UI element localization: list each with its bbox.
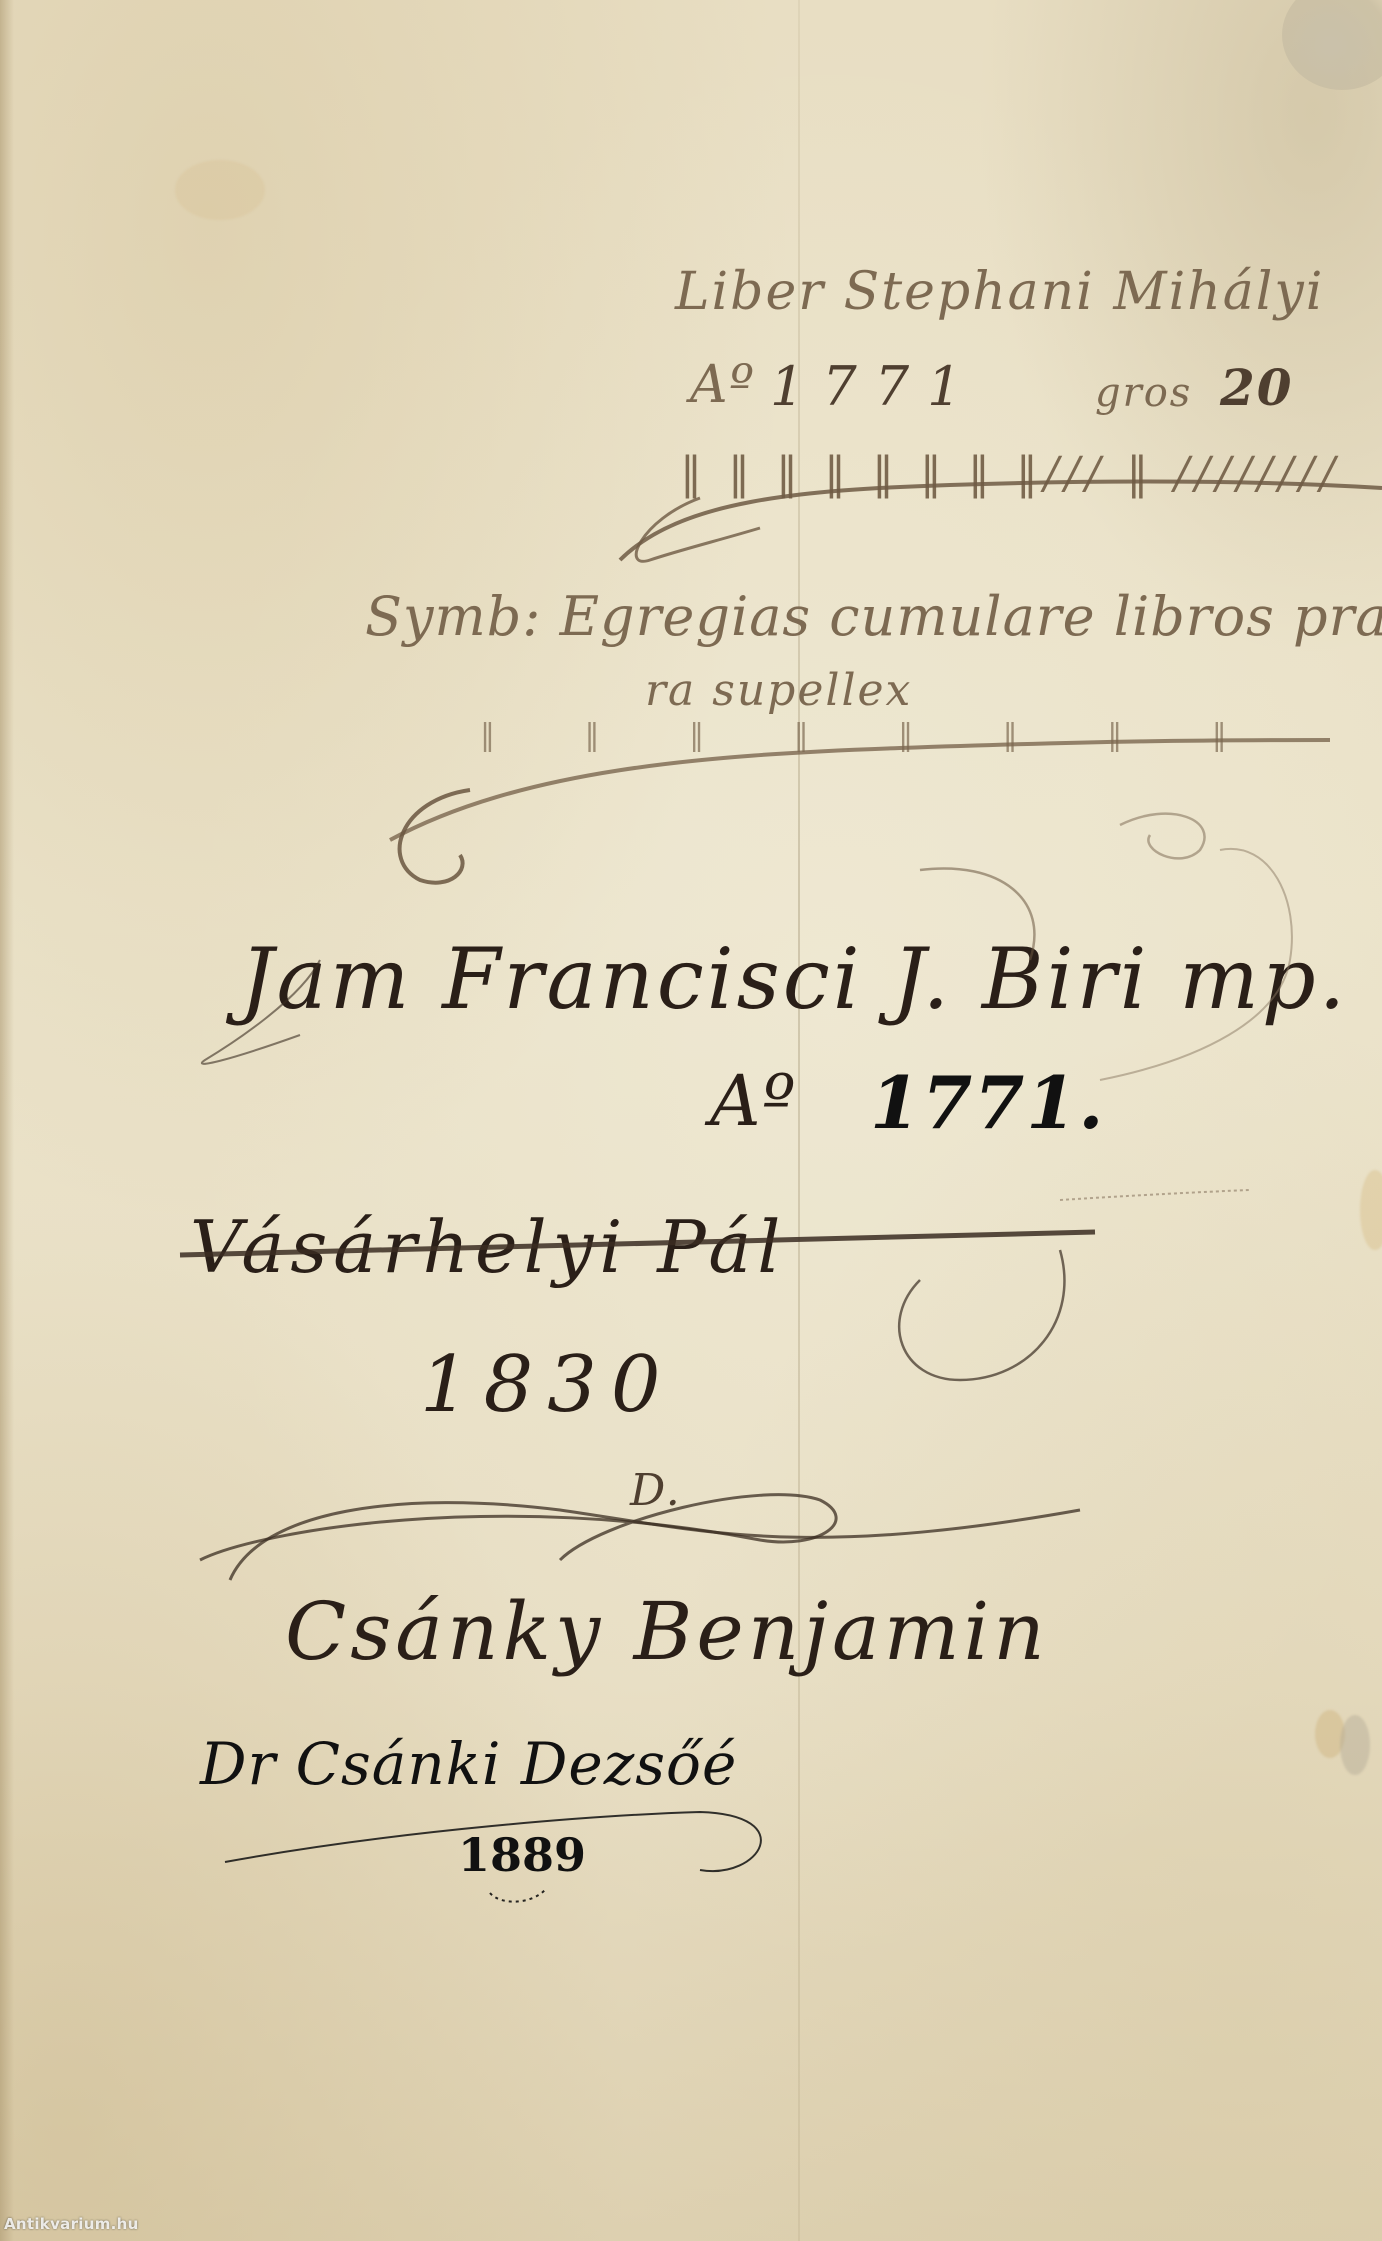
inscription-year-1771: 1771 — [770, 355, 979, 418]
inscription-year-1771-second: 1771. — [870, 1060, 1105, 1145]
tally-marks-row-1: ‖ ‖ ‖ ‖ ‖ ‖ ‖ ‖/// ‖ //////// — [680, 448, 1341, 499]
inscription-symbolum-line-2: ra supellex — [645, 665, 912, 716]
foxing-spot — [175, 160, 265, 220]
inscription-struck-name: Vásárhelyi Pál — [190, 1205, 786, 1289]
inscription-jam-francisci: Jam Francisci J. Biri mp. — [240, 930, 1348, 1028]
inscription-anno-prefix-2: Aº — [710, 1060, 797, 1142]
inscription-csanki-dezso: Dr Csánki Dezsőé — [200, 1730, 737, 1798]
watermark-antikvarium: Antikvarium.hu — [4, 2215, 139, 2233]
inscription-liber-stephani: Liber Stephani Mihályi — [675, 262, 1324, 322]
foxing-spot — [1360, 1170, 1382, 1250]
inscription-price: 20 — [1220, 358, 1294, 417]
inscription-price-label: gros — [1095, 370, 1192, 416]
inscription-symbolum-line-1: Symb: Egregias cumulare libros praecla- — [365, 585, 1382, 648]
paper-left-edge — [0, 0, 14, 2241]
corner-damage — [1282, 0, 1382, 90]
inscription-csanky-benjamin: Csánky Benjamin — [285, 1585, 1049, 1678]
inscription-year-1830: 1830 — [420, 1340, 675, 1430]
paper-tear — [1340, 1715, 1370, 1775]
tally-marks-row-2: ‖ ‖ ‖ ‖ ‖ ‖ ‖ ‖ — [480, 718, 1267, 753]
pen-flourishes — [0, 0, 1382, 2241]
inscription-owner3-prefix: D. — [630, 1465, 682, 1516]
inscription-year-1889: 1889 — [458, 1828, 586, 1882]
paper-fold-line — [798, 0, 800, 2241]
manuscript-page: Liber Stephani Mihályi Aº 1771 gros 20 ‖… — [0, 0, 1382, 2241]
inscription-anno-prefix: Aº — [690, 355, 756, 415]
